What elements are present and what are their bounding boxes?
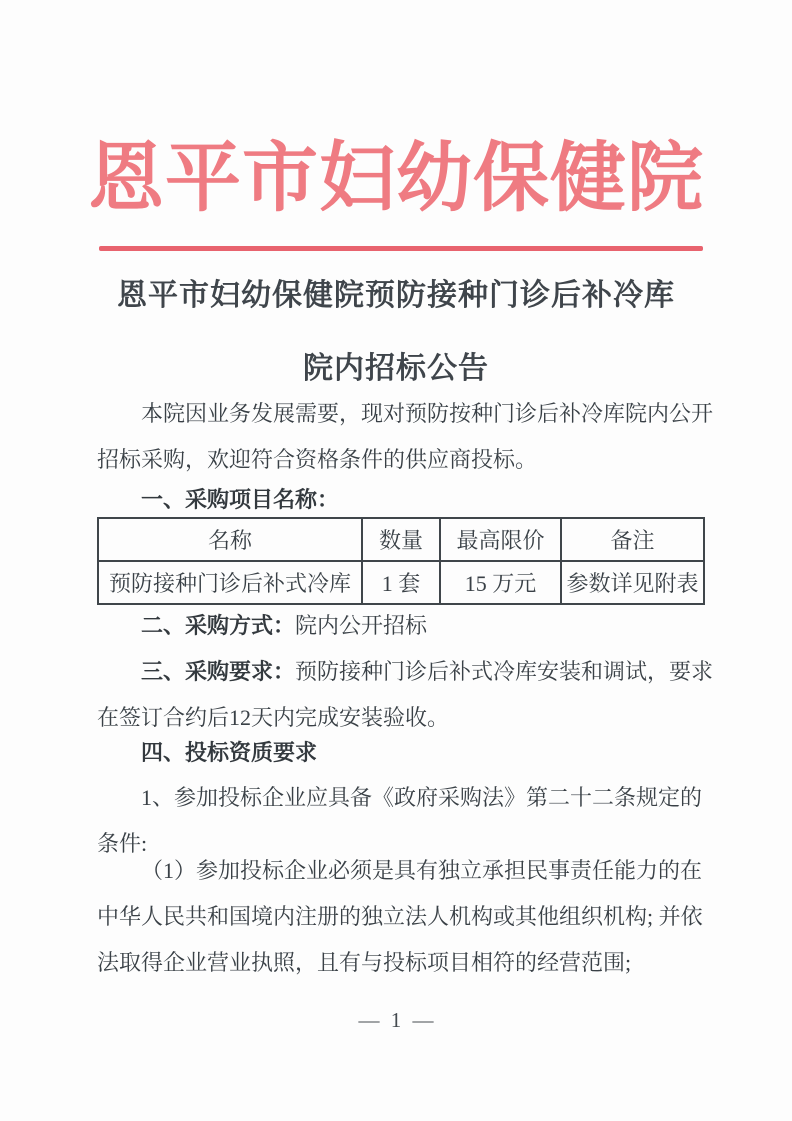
- section2-line: 二、采购方式：院内公开招标: [97, 603, 709, 649]
- page-number: — 1 —: [0, 1005, 792, 1035]
- table-cell-remark: 参数详见附表: [561, 561, 704, 604]
- qualification-item-1-1: （1）参加投标企业必须是具有独立承担民事责任能力的在 中华人民共和国境内注册的独…: [97, 848, 709, 986]
- section3-line1-text: 预防接种门诊后补式冷库安装和调试，要求: [295, 659, 713, 684]
- table-header-name: 名称: [98, 518, 362, 561]
- item2-line-3: 法取得企业营业执照，且有与投标项目相符的经营范围;: [97, 940, 709, 986]
- table-header-max-price: 最高限价: [440, 518, 561, 561]
- document-title-line1: 恩平市妇幼保健院预防接种门诊后补冷库: [0, 277, 792, 315]
- item2-line-1: （1）参加投标企业必须是具有独立承担民事责任能力的在: [97, 848, 709, 894]
- section3: 三、采购要求：预防接种门诊后补式冷库安装和调试，要求 在签订合约后12天内完成安…: [97, 649, 709, 741]
- procurement-items-table: 名称 数量 最高限价 备注 预防接种门诊后补式冷库 1 套 15 万元 参数详见…: [97, 517, 705, 605]
- table-cell-name: 预防接种门诊后补式冷库: [98, 561, 362, 604]
- table-header-remark: 备注: [561, 518, 704, 561]
- section4: 四、投标资质要求: [97, 730, 709, 776]
- intro-paragraph: 本院因业务发展需要，现对预防按种门诊后补冷库院内公开 招标采购，欢迎符合资格条件…: [97, 391, 709, 483]
- section4-heading: 四、投标资质要求: [97, 730, 709, 776]
- section2-text: 院内公开招标: [295, 613, 427, 638]
- table-header-quantity: 数量: [362, 518, 440, 561]
- letterhead-divider-rule: [99, 246, 703, 251]
- table-cell-quantity: 1 套: [362, 561, 440, 604]
- table-row: 预防接种门诊后补式冷库 1 套 15 万元 参数详见附表: [98, 561, 704, 604]
- document-title-line2: 院内招标公告: [0, 350, 792, 388]
- item1-line-1: 1、参加投标企业应具备《政府采购法》第二十二条规定的: [97, 775, 709, 821]
- section2: 二、采购方式：院内公开招标: [97, 603, 709, 649]
- intro-line-1: 本院因业务发展需要，现对预防按种门诊后补冷库院内公开: [97, 391, 709, 437]
- letterhead-hospital-name: 恩平市妇幼保健院: [0, 138, 792, 222]
- table-header-row: 名称 数量 最高限价 备注: [98, 518, 704, 561]
- section2-label: 二、采购方式：: [141, 613, 295, 638]
- table-cell-max-price: 15 万元: [440, 561, 561, 604]
- scanned-document-page: 恩平市妇幼保健院 恩平市妇幼保健院预防接种门诊后补冷库 院内招标公告 本院因业务…: [0, 0, 792, 1121]
- item2-line-2: 中华人民共和国境内注册的独立法人机构或其他组织机构; 并依: [97, 894, 709, 940]
- section3-label: 三、采购要求：: [141, 659, 295, 684]
- section3-line-1: 三、采购要求：预防接种门诊后补式冷库安装和调试，要求: [97, 649, 709, 695]
